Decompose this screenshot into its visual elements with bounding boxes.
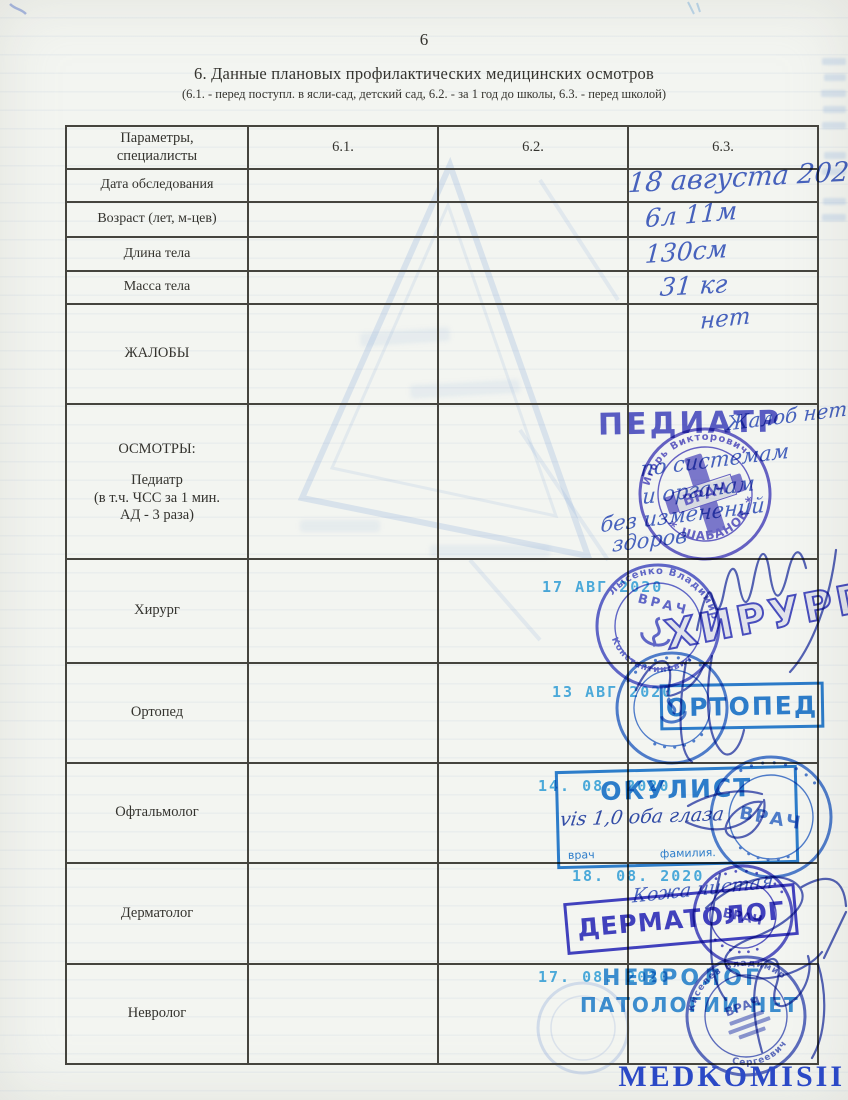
cell-ophthalmologist-61 bbox=[248, 763, 438, 863]
row-label-length: Длина тела bbox=[66, 237, 248, 271]
cell-dermatologist-63 bbox=[628, 863, 818, 964]
margin-bleed-text bbox=[822, 122, 846, 129]
cell-complaints-63 bbox=[628, 304, 818, 404]
pen-mark-top bbox=[688, 2, 700, 14]
exams-note-line2: АД - 3 раза) bbox=[71, 507, 243, 524]
header-cell-63: 6.3. bbox=[628, 126, 818, 169]
document-title: 6. Данные плановых профилактических меди… bbox=[0, 64, 848, 84]
cell-neurologist-63 bbox=[628, 964, 818, 1064]
cell-age-62 bbox=[438, 202, 628, 237]
header-parameters-line1: Параметры, bbox=[71, 130, 243, 147]
exam-table: Параметры, специалисты 6.1. 6.2. 6.3. Да… bbox=[65, 125, 819, 1065]
cell-length-61 bbox=[248, 237, 438, 271]
row-label-surgeon: Хирург bbox=[66, 559, 248, 663]
row-label-mass: Масса тела bbox=[66, 271, 248, 304]
cell-neurologist-61 bbox=[248, 964, 438, 1064]
table-row-exams-pediatrician: ОСМОТРЫ: Педиатр (в т.ч. ЧСС за 1 мин. А… bbox=[66, 404, 818, 559]
table-row-neurologist: Невролог bbox=[66, 964, 818, 1064]
table-header-row: Параметры, специалисты 6.1. 6.2. 6.3. bbox=[66, 126, 818, 169]
cell-dermatologist-62 bbox=[438, 863, 628, 964]
table-row-length: Длина тела bbox=[66, 237, 818, 271]
table-row-age: Возраст (лет, м-цев) bbox=[66, 202, 818, 237]
exams-title: ОСМОТРЫ: bbox=[71, 441, 243, 458]
cell-orthopedist-62 bbox=[438, 663, 628, 763]
table-row-dermatologist: Дерматолог bbox=[66, 863, 818, 964]
cell-length-63 bbox=[628, 237, 818, 271]
margin-bleed-text bbox=[823, 198, 846, 205]
row-label-ophthalmologist: Офтальмолог bbox=[66, 763, 248, 863]
cell-date-63 bbox=[628, 169, 818, 202]
table-row-surgeon: Хирург bbox=[66, 559, 818, 663]
margin-bleed-text bbox=[822, 214, 846, 221]
row-label-age: Возраст (лет, м-цев) bbox=[66, 202, 248, 237]
cell-surgeon-62 bbox=[438, 559, 628, 663]
row-label-exams: ОСМОТРЫ: Педиатр (в т.ч. ЧСС за 1 мин. А… bbox=[66, 404, 248, 559]
exams-note: (в т.ч. ЧСС за 1 мин. АД - 3 раза) bbox=[71, 490, 243, 525]
cell-complaints-62 bbox=[438, 304, 628, 404]
cell-date-61 bbox=[248, 169, 438, 202]
cell-neurologist-62 bbox=[438, 964, 628, 1064]
cell-orthopedist-63 bbox=[628, 663, 818, 763]
cell-ophthalmologist-63 bbox=[628, 763, 818, 863]
cell-ophthalmologist-62 bbox=[438, 763, 628, 863]
table-row-ophthalmologist: Офтальмолог bbox=[66, 763, 818, 863]
margin-bleed-text bbox=[824, 152, 846, 159]
margin-bleed-text bbox=[823, 106, 846, 113]
header-parameters-line2: специалисты bbox=[71, 148, 243, 165]
cell-mass-61 bbox=[248, 271, 438, 304]
cell-surgeon-63 bbox=[628, 559, 818, 663]
table-row-orthopedist: Ортопед bbox=[66, 663, 818, 763]
cell-age-63 bbox=[628, 202, 818, 237]
cell-length-62 bbox=[438, 237, 628, 271]
cell-orthopedist-61 bbox=[248, 663, 438, 763]
exams-note-line1: (в т.ч. ЧСС за 1 мин. bbox=[71, 490, 243, 507]
cell-surgeon-61 bbox=[248, 559, 438, 663]
scanned-medical-record-page: 6 6. Данные плановых профилактических ме… bbox=[0, 0, 848, 1100]
cell-dermatologist-61 bbox=[248, 863, 438, 964]
row-label-dermatologist: Дерматолог bbox=[66, 863, 248, 964]
table-row-complaints: ЖАЛОБЫ bbox=[66, 304, 818, 404]
row-label-date: Дата обследования bbox=[66, 169, 248, 202]
exams-pediatrician-label: Педиатр bbox=[71, 472, 243, 489]
cell-date-62 bbox=[438, 169, 628, 202]
header-cell-61: 6.1. bbox=[248, 126, 438, 169]
table-row-date: Дата обследования bbox=[66, 169, 818, 202]
cell-complaints-61 bbox=[248, 304, 438, 404]
margin-bleed-text bbox=[822, 168, 846, 175]
cell-mass-62 bbox=[438, 271, 628, 304]
table-row-mass: Масса тела bbox=[66, 271, 818, 304]
pen-mark-top-left bbox=[10, 4, 26, 14]
cell-mass-63 bbox=[628, 271, 818, 304]
row-label-orthopedist: Ортопед bbox=[66, 663, 248, 763]
cell-age-61 bbox=[248, 202, 438, 237]
row-label-neurologist: Невролог bbox=[66, 964, 248, 1064]
site-watermark: MEDKOMISII bbox=[0, 1060, 845, 1094]
header-cell-parameters: Параметры, специалисты bbox=[66, 126, 248, 169]
cell-pediatrician-63 bbox=[628, 404, 818, 559]
page-number: 6 bbox=[0, 30, 848, 50]
cell-pediatrician-61 bbox=[248, 404, 438, 559]
header-cell-62: 6.2. bbox=[438, 126, 628, 169]
row-label-complaints: ЖАЛОБЫ bbox=[66, 304, 248, 404]
cell-pediatrician-62 bbox=[438, 404, 628, 559]
document-subtitle: (6.1. - перед поступл. в ясли-сад, детск… bbox=[0, 87, 848, 102]
